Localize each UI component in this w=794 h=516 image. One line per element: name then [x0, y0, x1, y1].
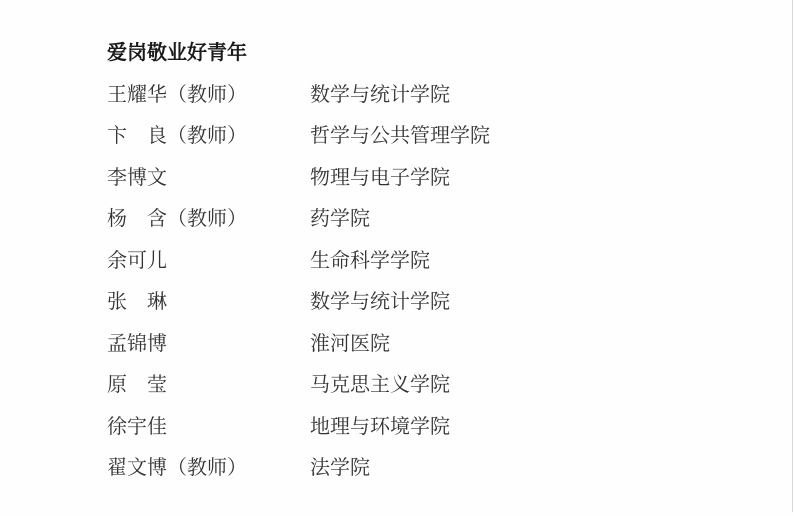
honoree-name: 原 莹 — [107, 370, 167, 398]
honoree-name: 徐宇佳 — [107, 412, 167, 440]
honoree-department: 地理与环境学院 — [310, 412, 450, 440]
honoree-name: 张 琳 — [107, 287, 167, 315]
honoree-row: 原 莹 马克思主义学院 — [0, 370, 792, 398]
honoree-row: 卞 良（教师） 哲学与公共管理学院 — [0, 121, 792, 149]
honoree-name: 孟锦博 — [107, 329, 167, 357]
honoree-row: 翟文博（教师） 法学院 — [0, 453, 792, 481]
honoree-department: 马克思主义学院 — [310, 370, 450, 398]
honoree-row: 李博文 物理与电子学院 — [0, 163, 792, 191]
honoree-department: 数学与统计学院 — [310, 287, 450, 315]
honoree-row: 张 琳 数学与统计学院 — [0, 287, 792, 315]
honoree-department: 数学与统计学院 — [310, 80, 450, 108]
section-title: 爱岗敬业好青年 — [107, 40, 247, 64]
honoree-name: 杨 含（教师） — [107, 204, 247, 232]
honoree-department: 淮河医院 — [310, 329, 390, 357]
honoree-row: 杨 含（教师） 药学院 — [0, 204, 792, 232]
honoree-department: 哲学与公共管理学院 — [310, 121, 490, 149]
honoree-department: 生命科学学院 — [310, 246, 430, 274]
honoree-name: 李博文 — [107, 163, 167, 191]
honoree-department: 药学院 — [310, 204, 370, 232]
honoree-row: 徐宇佳 地理与环境学院 — [0, 412, 792, 440]
honoree-department: 法学院 — [310, 453, 370, 481]
honoree-department: 物理与电子学院 — [310, 163, 450, 191]
honoree-name: 余可儿 — [107, 246, 167, 274]
honoree-row: 王耀华（教师） 数学与统计学院 — [0, 80, 792, 108]
honoree-name: 翟文博（教师） — [107, 453, 247, 481]
page-edge-divider — [792, 0, 793, 512]
document-page: 爱岗敬业好青年 王耀华（教师） 数学与统计学院 卞 良（教师） 哲学与公共管理学… — [0, 0, 792, 516]
honoree-row: 孟锦博 淮河医院 — [0, 329, 792, 357]
honoree-name: 王耀华（教师） — [107, 80, 247, 108]
honoree-name: 卞 良（教师） — [107, 121, 247, 149]
honoree-row: 余可儿 生命科学学院 — [0, 246, 792, 274]
